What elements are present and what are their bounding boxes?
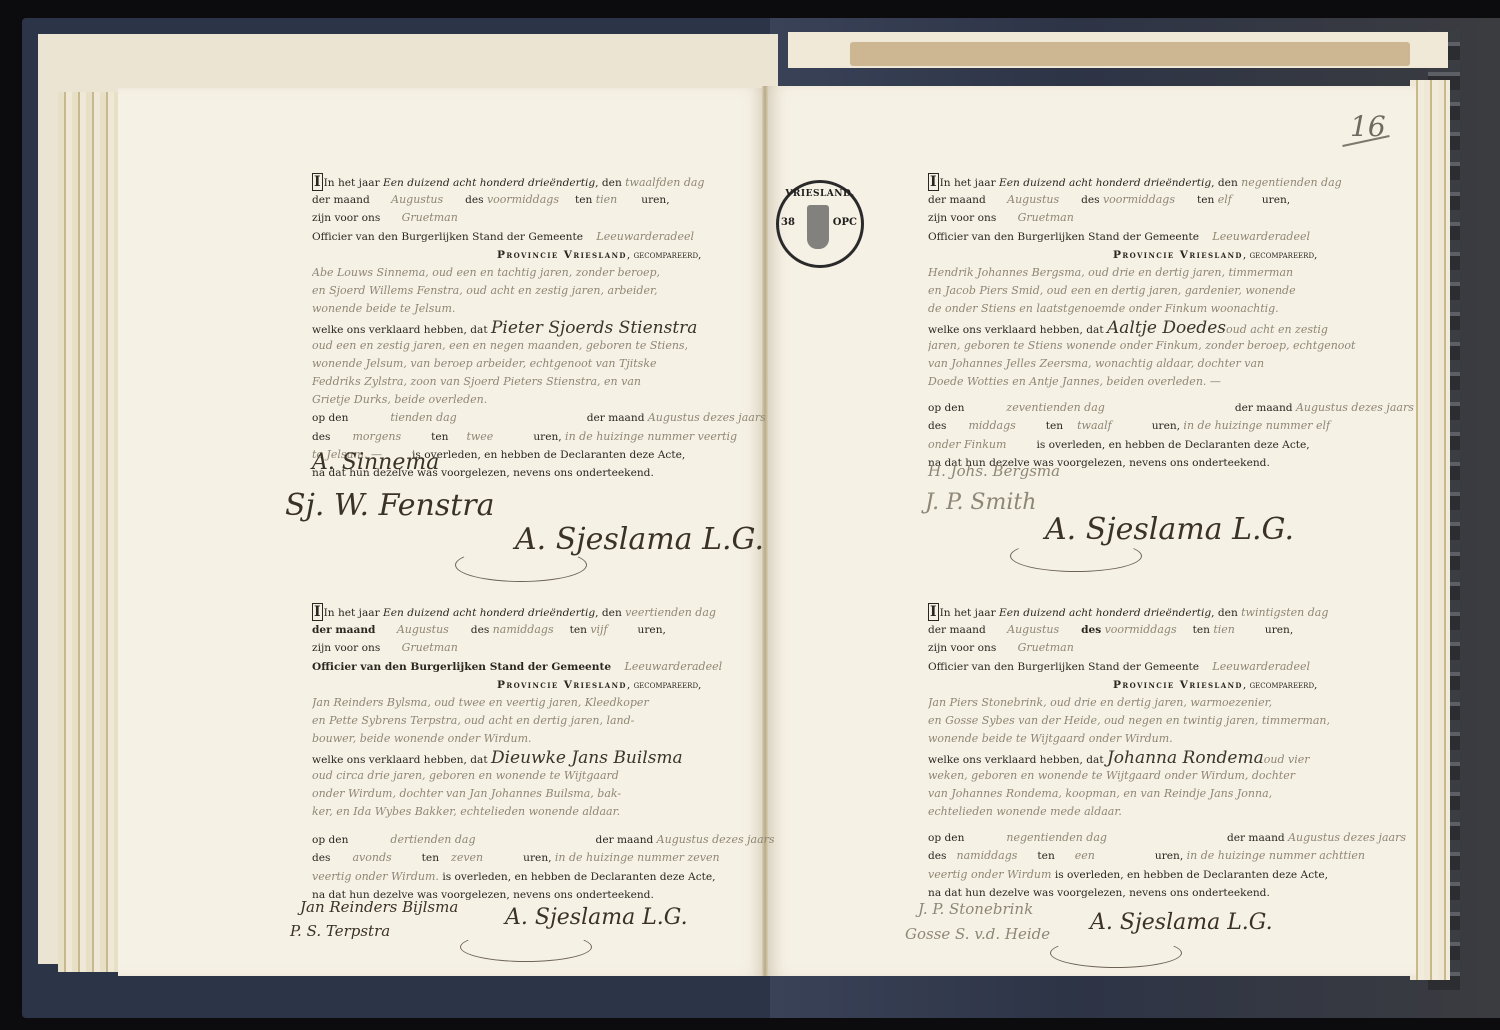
form-text: In het jaar (324, 177, 380, 189)
death-place: veertig onder Wirdum. (312, 870, 439, 883)
deceased-detail-line: Doede Wotties en Antje Jannes, beiden ov… (928, 373, 1408, 391)
death-act-4: IIn het jaar Een duizend acht honderd dr… (928, 603, 1408, 902)
signature-officer: A. Sjeslama L.G. (505, 905, 688, 930)
deceased-detail-line: van Johannes Jelles Zeersma, wonachtig a… (928, 355, 1408, 373)
death-place: veertig onder Wirdum (928, 868, 1051, 881)
death-day: tienden dag (390, 411, 456, 424)
act-month: Augustus (1007, 623, 1059, 636)
act-part-of-day: voormiddags (1103, 193, 1175, 206)
year-text: Een duizend acht honderd drieëndertig (383, 177, 595, 189)
act-hour: tien (1213, 623, 1235, 636)
act-day: twintigsten dag (1241, 606, 1328, 619)
act-month: Augustus (391, 193, 443, 206)
deceased-name: Pieter Sjoerds Stienstra (491, 318, 697, 338)
death-act-3: IIn het jaar Een duizend acht honderd dr… (928, 173, 1408, 472)
deceased-detail-line: jaren, geboren te Stiens wonende onder F… (928, 337, 1408, 355)
declarant-line: wonende beide te Wijtgaard onder Wirdum. (928, 730, 1408, 748)
stamp-text-right: OPC (833, 217, 857, 228)
act-part-of-day: namiddags (493, 623, 554, 636)
declarant-line: de onder Stiens en laatstgenoemde onder … (928, 300, 1408, 318)
signature-flourish (460, 932, 592, 962)
signature-declarant-1: J. P. Stonebrink (918, 900, 1033, 918)
death-place: in de huizinge nummer elf (1183, 419, 1330, 432)
death-place: in de huizinge nummer veertig (565, 430, 737, 443)
deceased-detail-line: van Johannes Rondema, koopman, en van Re… (928, 785, 1408, 803)
act-hour: vijf (590, 623, 607, 636)
death-hour: twaalf (1077, 419, 1112, 432)
deceased-detail-line: echtelieden wonende mede aldaar. (928, 803, 1408, 821)
act-day: twaalfden dag (625, 176, 704, 189)
act-hour: tien (596, 193, 618, 206)
deceased-detail-line: onder Wirdum, dochter van Jan Johannes B… (312, 785, 792, 803)
death-part-of-day: morgens (353, 430, 402, 443)
declarant-line: Hendrik Johannes Bergsma, oud drie en de… (928, 264, 1408, 282)
deceased-detail-line: Grietje Durks, beide overleden. (312, 391, 792, 409)
death-day: negentienden dag (1006, 831, 1107, 844)
act-official: Gruetman (402, 641, 458, 654)
deceased-detail-line: wonende Jelsum, van beroep arbeider, ech… (312, 355, 792, 373)
act-official: Gruetman (402, 211, 458, 224)
signature-declarant-1: H. Johs. Bergsma (928, 462, 1060, 480)
declarant-line: bouwer, beide wonende onder Wirdum. (312, 730, 792, 748)
death-month: Augustus dezes jaars (657, 833, 775, 846)
deceased-detail-line: oud circa drie jaren, geboren en wonende… (312, 767, 792, 785)
death-month: Augustus dezes jaars (1288, 831, 1406, 844)
act-day: negentienden dag (1241, 176, 1342, 189)
act-official: Gruetman (1018, 641, 1074, 654)
signature-declarant-2: P. S. Terpstra (290, 922, 390, 940)
act-month: Augustus (1007, 193, 1059, 206)
death-place: in de huizinge nummer achttien (1187, 849, 1365, 862)
declarant-line: en Gosse Sybes van der Heide, oud negen … (928, 712, 1408, 730)
deceased-name: Johanna Rondema (1107, 748, 1264, 768)
death-act-1: IIn het jaar Een duizend acht honderd dr… (312, 173, 792, 482)
declarant-line: wonende beide te Jelsum. (312, 300, 792, 318)
declarant-line: en Jacob Piers Smid, oud een en dertig j… (928, 282, 1408, 300)
deceased-name: Aaltje Doedes (1107, 318, 1226, 338)
act-municipality: Leeuwarderadeel (1212, 660, 1310, 673)
declarant-line: en Sjoerd Willems Fenstra, oud acht en z… (312, 282, 792, 300)
death-part-of-day: avonds (353, 851, 392, 864)
act-hour: elf (1218, 193, 1232, 206)
act-part-of-day: voormiddags (487, 193, 559, 206)
declarant-line: en Pette Sybrens Terpstra, oud acht en d… (312, 712, 792, 730)
signature-declarant-1: A. Sinnema (312, 450, 439, 475)
death-month: Augustus dezes jaars (1296, 401, 1414, 414)
death-month: Augustus dezes jaars (648, 411, 766, 424)
act-municipality: Leeuwarderadeel (596, 230, 694, 243)
death-place: onder Finkum (928, 438, 1006, 451)
death-hour: een (1075, 849, 1095, 862)
declarant-line: Abe Louws Sinnema, oud een en tachtig ja… (312, 264, 792, 282)
deceased-detail-line: weken, geboren en wonende te Wijtgaard o… (928, 767, 1408, 785)
signature-declarant-2: Sj. W. Fenstra (285, 488, 495, 523)
death-day: dertienden dag (390, 833, 475, 846)
signature-flourish (455, 548, 587, 582)
signature-declarant-1: Jan Reinders Bijlsma (300, 898, 458, 916)
deceased-detail-line: ker, en Ida Wybes Bakker, echtelieden wo… (312, 803, 792, 821)
signature-officer: A. Sjeslama L.G. (1090, 910, 1273, 935)
death-part-of-day: namiddags (957, 849, 1018, 862)
signature-declarant-2: J. P. Smith (925, 490, 1036, 515)
declarant-line: Jan Piers Stonebrink, oud drie en dertig… (928, 694, 1408, 712)
death-hour: twee (466, 430, 493, 443)
stamp-value: 38 OPC (781, 217, 857, 228)
deceased-detail-line: Feddriks Zylstra, zoon van Sjoerd Pieter… (312, 373, 792, 391)
death-day: zeventienden dag (1006, 401, 1104, 414)
declarant-line: Jan Reinders Bylsma, oud twee en veertig… (312, 694, 792, 712)
death-place: in de huizinge nummer zeven (555, 851, 720, 864)
death-hour: zeven (451, 851, 483, 864)
signature-flourish (1010, 540, 1142, 572)
page-edges-right (1410, 80, 1450, 980)
signature-declarant-2: Gosse S. v.d. Heide (905, 925, 1050, 943)
act-municipality: Leeuwarderadeel (625, 660, 723, 673)
act-official: Gruetman (1018, 211, 1074, 224)
act-month: Augustus (397, 623, 449, 636)
signature-flourish (1050, 938, 1182, 968)
act-municipality: Leeuwarderadeel (1212, 230, 1310, 243)
paper-tape-strip (850, 42, 1410, 66)
deceased-detail-line: oud een en zestig jaren, een en negen ma… (312, 337, 792, 355)
act-day: veertienden dag (625, 606, 716, 619)
act-part-of-day: voormiddags (1105, 623, 1177, 636)
death-part-of-day: middags (969, 419, 1016, 432)
death-act-2: IIn het jaar Een duizend acht honderd dr… (312, 603, 792, 904)
deceased-name: Dieuwke Jans Builsma (491, 748, 683, 768)
